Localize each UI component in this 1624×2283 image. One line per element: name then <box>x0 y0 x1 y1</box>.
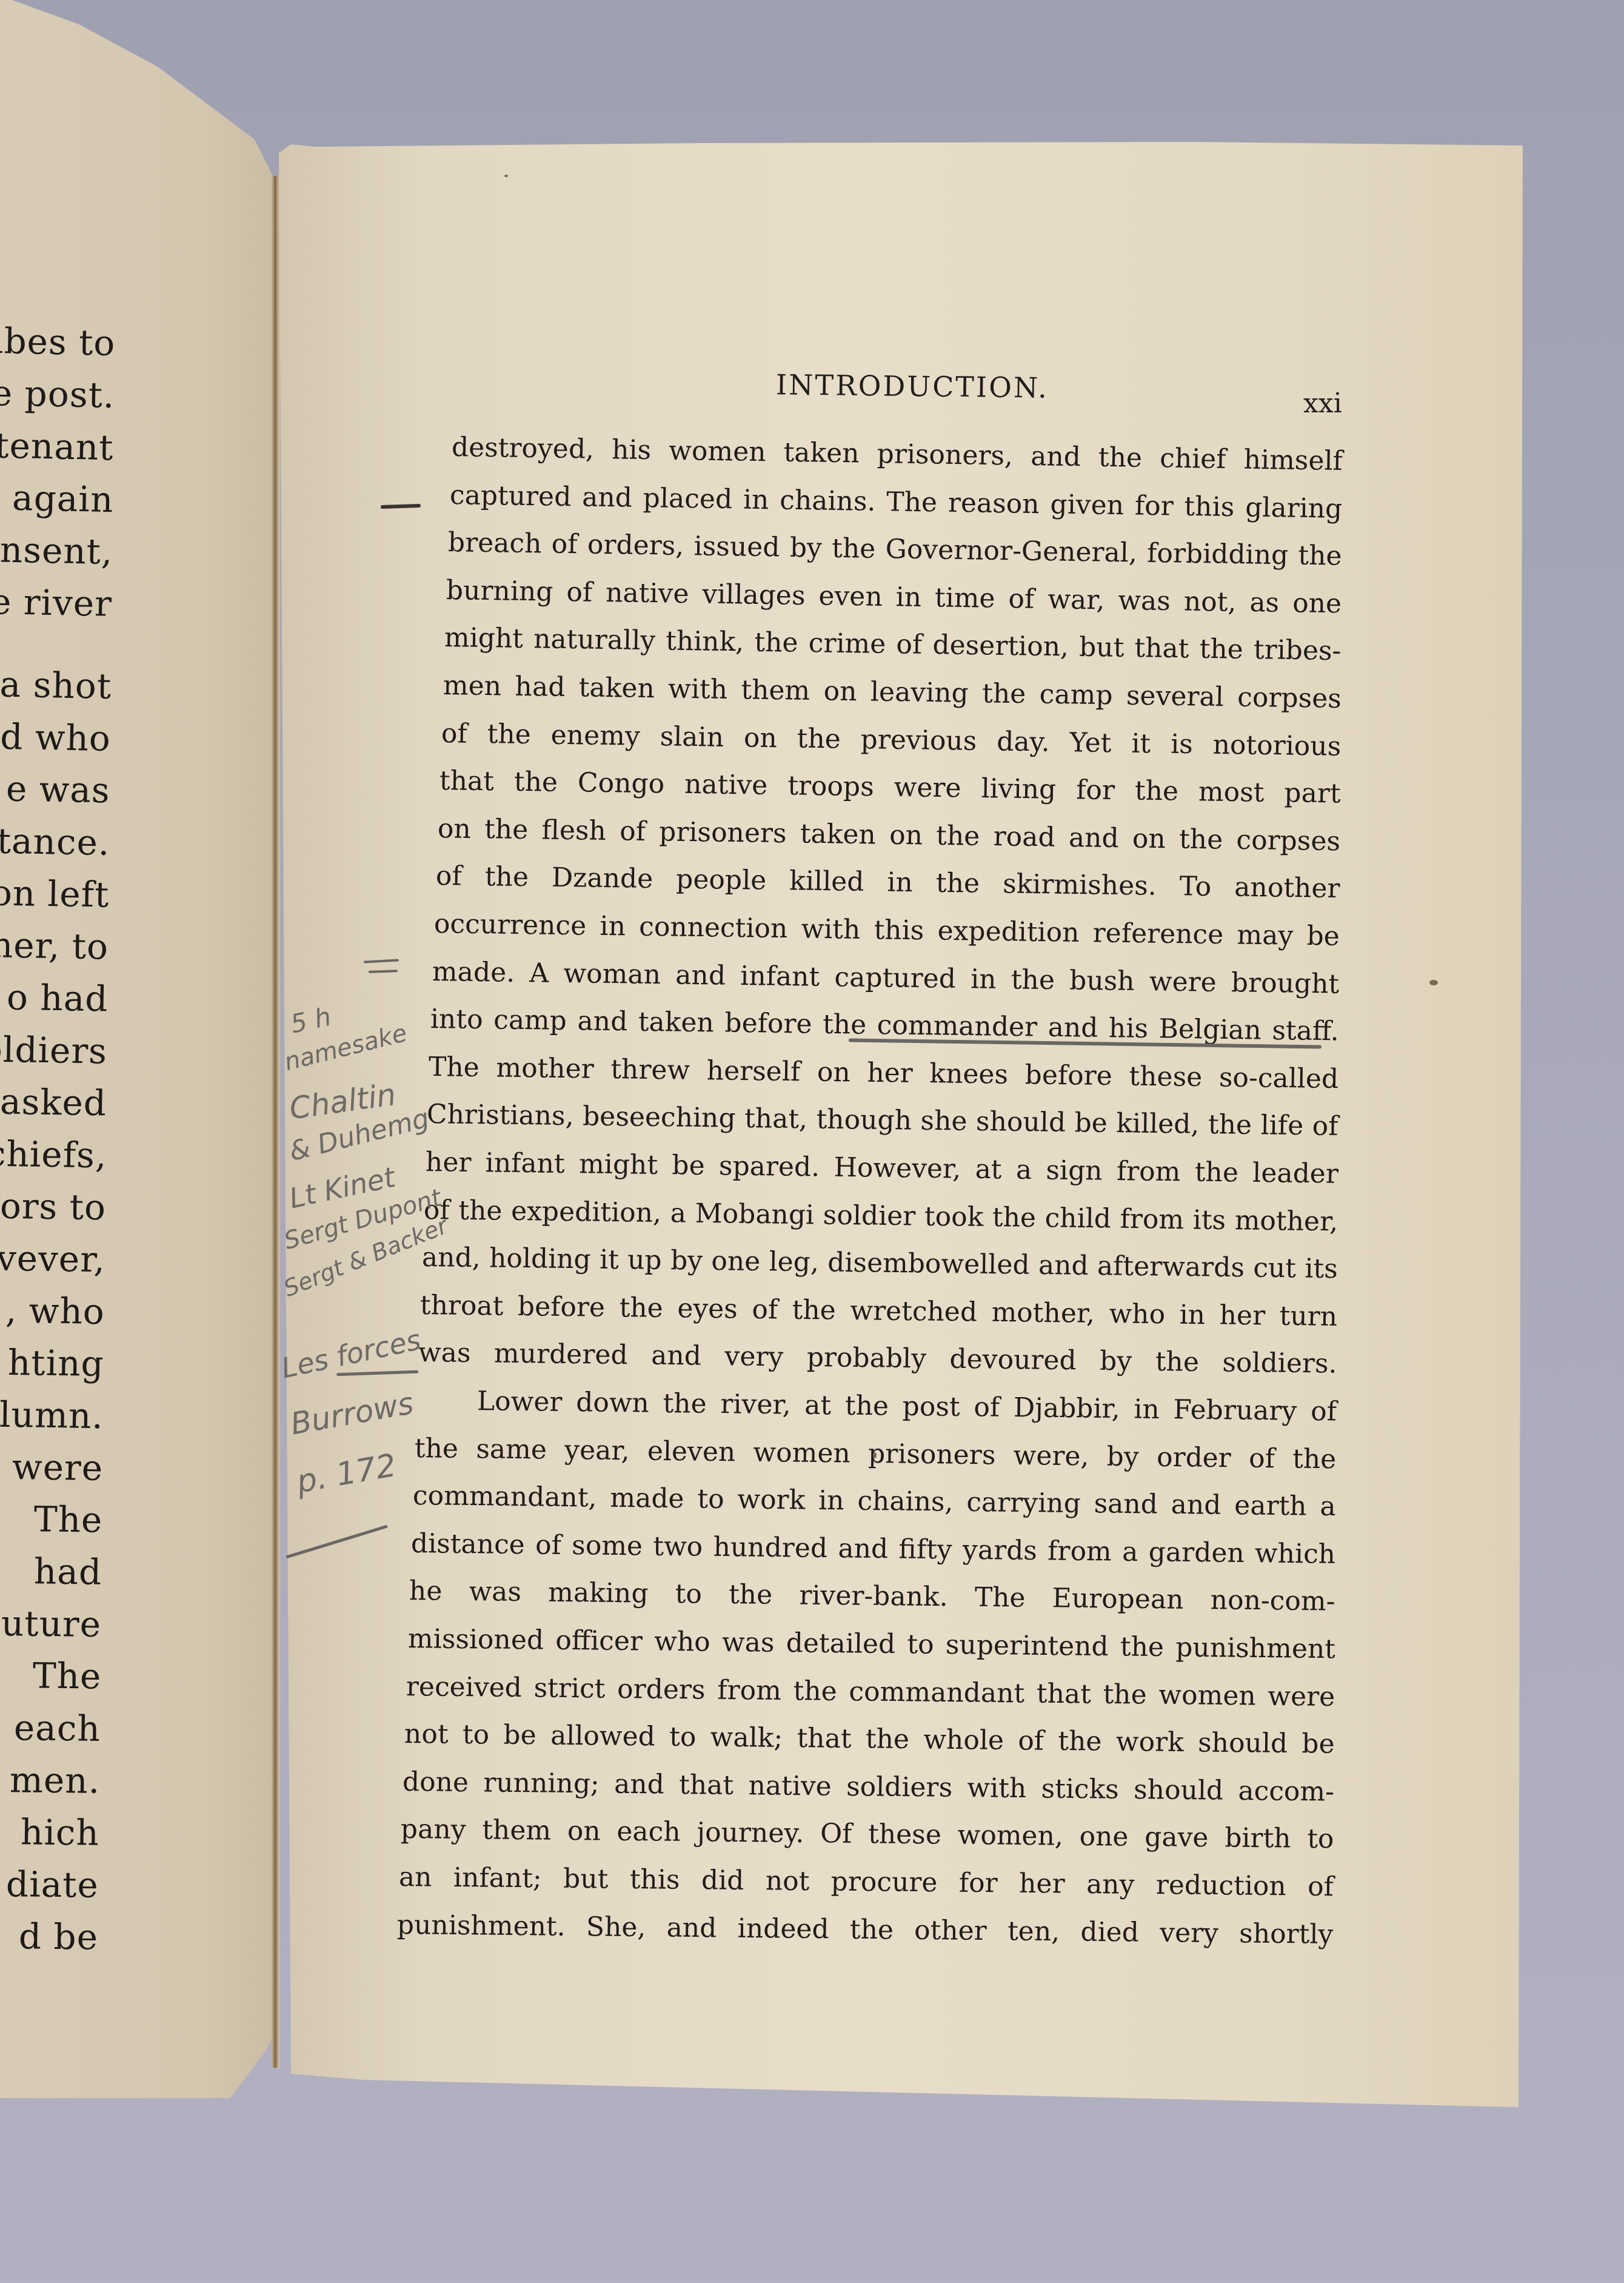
left-page-line: asked <box>0 1081 107 1124</box>
left-page-line: had <box>34 1550 102 1592</box>
paper-speck <box>504 175 508 177</box>
left-page-line: hich <box>21 1811 99 1853</box>
left-page-line: The <box>32 1655 101 1697</box>
left-page-line: e river <box>0 581 113 625</box>
left-page-line: e post. <box>0 372 115 416</box>
left-page-line: lumn. <box>0 1394 104 1437</box>
paper-speck <box>1429 980 1438 985</box>
left-page-line: uture <box>1 1603 102 1645</box>
left-page-line: utenant <box>0 424 115 469</box>
left-page-line: nd who <box>0 716 112 759</box>
left-page-line: hting <box>8 1342 105 1384</box>
left-page-line: diate <box>6 1863 99 1906</box>
paper-speck <box>873 1452 877 1458</box>
left-page-line: stance. <box>0 820 110 863</box>
left-page-line: ibes to <box>0 320 116 364</box>
running-header: INTRODUCTION. <box>776 368 1049 404</box>
left-page-line: ra shot <box>0 663 112 707</box>
left-page-line: onsent, <box>0 529 113 572</box>
left-page-line: ors to <box>0 1185 107 1229</box>
left-page-line: oldiers <box>0 1028 108 1071</box>
left-page-line: each <box>14 1707 101 1749</box>
left-page-line: , who <box>5 1290 105 1332</box>
left-page-line: y again <box>0 477 114 520</box>
left-page-line: ner, to <box>0 924 109 967</box>
left-page-line: e was <box>6 768 111 811</box>
left-page-line: o had <box>6 977 109 1020</box>
left-page-line: d be <box>19 1916 99 1957</box>
left-page: ibes toe post.utenanty againonsent,e riv… <box>0 0 285 2098</box>
left-page-line: men. <box>9 1759 100 1802</box>
page-number: xxi <box>1303 388 1342 419</box>
left-page-text-column: ibes toe post.utenanty againonsent,e riv… <box>0 0 115 2098</box>
left-page-line: were <box>12 1446 104 1489</box>
left-page-line: chiefs, <box>0 1133 107 1176</box>
left-page-line: on left <box>0 872 110 915</box>
left-page-line: The <box>33 1498 102 1540</box>
book-gutter <box>272 176 280 2068</box>
left-page-line: vever, <box>0 1238 105 1281</box>
